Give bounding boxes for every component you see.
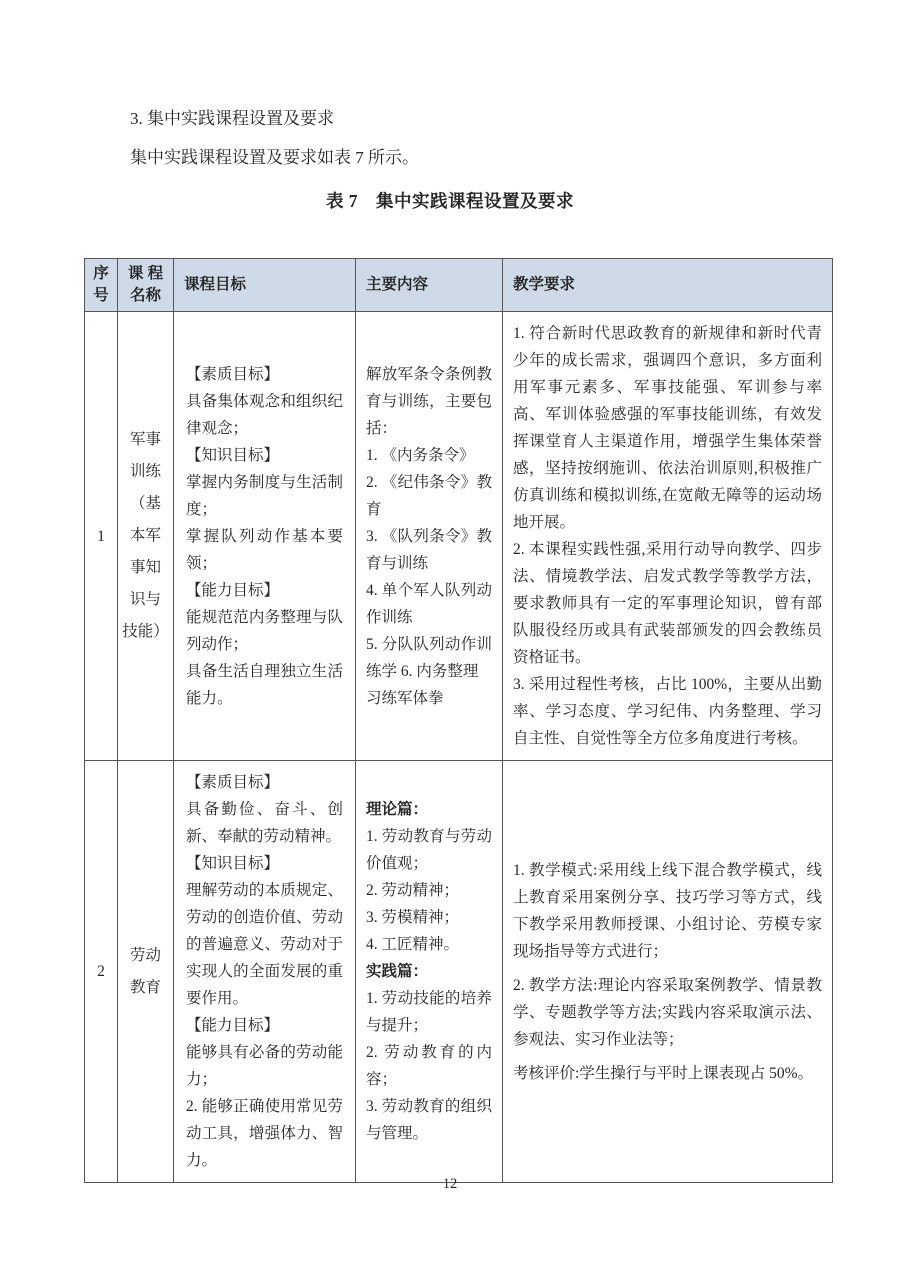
cell-paragraph: 实践篇： <box>366 958 492 985</box>
cell-paragraph: 2. 教学方法:理论内容采取案例教学、情景教学、专题教学等方法;实践内容采取演示… <box>513 972 822 1053</box>
cell-paragraph: 1. 劳动教育与劳动价值观； <box>366 823 492 877</box>
courses-table: 序 号课 程 名称课程目标主要内容教学要求 1军事 训练 （基 本军 事知 识与… <box>84 258 833 1183</box>
intro-text: 集中实践课程设置及要求如表 7 所示。 <box>130 146 419 170</box>
header-cell-no: 序 号 <box>85 259 118 312</box>
cell-paragraph: 【知识目标】 <box>186 850 343 877</box>
cell-paragraph: 具备生活自理独立生活能力。 <box>186 658 343 712</box>
cell-content: 解放军条令条例教育与训练，主要包括：1. 《内务条令》2. 《纪伟条令》教育3.… <box>356 312 503 761</box>
cell-paragraph: 1. 教学模式:采用线上线下混合教学模式，线上教育采用案例分享、技巧学习等方式，… <box>513 857 822 965</box>
cell-paragraph: 具备集体观念和组织纪律观念； <box>186 388 343 442</box>
cell-requirements: 1. 教学模式:采用线上线下混合教学模式，线上教育采用案例分享、技巧学习等方式，… <box>503 761 833 1183</box>
page-number: 12 <box>0 1176 900 1193</box>
cell-no: 1 <box>85 312 118 761</box>
cell-paragraph: 【素质目标】 <box>186 361 343 388</box>
cell-course-name: 劳动 教育 <box>118 761 174 1183</box>
cell-paragraph: 1. 《内务条令》 <box>366 442 492 469</box>
cell-paragraph: 具备勤俭、奋斗、创新、奉献的劳动精神。 <box>186 796 343 850</box>
cell-paragraph: 【知识目标】 <box>186 442 343 469</box>
table-header-row: 序 号课 程 名称课程目标主要内容教学要求 <box>85 259 833 312</box>
cell-paragraph: 2. 本课程实践性强,采用行动导向教学、四步法、情境教学法、启发式教学等教学方法… <box>513 536 822 671</box>
header-cell-course-name: 课 程 名称 <box>118 259 174 312</box>
cell-paragraph: 掌握队列动作基本要领； <box>186 523 343 577</box>
cell-paragraph: 理论篇： <box>366 796 492 823</box>
cell-paragraph: 2. 劳动教育的内容； <box>366 1039 492 1093</box>
cell-paragraph: 【素质目标】 <box>186 769 343 796</box>
cell-paragraph: 【能力目标】 <box>186 1012 343 1039</box>
cell-paragraph: 2. 《纪伟条令》教育 <box>366 469 492 523</box>
cell-paragraph: 3. 《队列条令》教育与训练 <box>366 523 492 577</box>
cell-course-name: 军事 训练 （基 本军 事知 识与 技能） <box>118 312 174 761</box>
cell-paragraph: 3. 劳模精神； <box>366 904 492 931</box>
header-cell-requirements: 教学要求 <box>503 259 833 312</box>
cell-paragraph: 能规范范内务整理与队列动作； <box>186 604 343 658</box>
cell-paragraph: 考核评价:学生操行与平时上课表现占 50%。 <box>513 1060 822 1087</box>
cell-paragraph: 3. 劳动教育的组织与管理。 <box>366 1093 492 1147</box>
cell-paragraph: 5. 分队队列动作训练学 6. 内务整理 <box>366 631 492 685</box>
cell-objectives: 【素质目标】具备勤俭、奋斗、创新、奉献的劳动精神。【知识目标】理解劳动的本质规定… <box>174 761 356 1183</box>
table-caption: 表 7 集中实践课程设置及要求 <box>0 188 900 213</box>
table-row: 1军事 训练 （基 本军 事知 识与 技能）【素质目标】具备集体观念和组织纪律观… <box>85 312 833 761</box>
cell-paragraph: 4. 工匠精神。 <box>366 931 492 958</box>
cell-paragraph: 3. 采用过程性考核，占比 100%，主要从出勤率、学习态度、学习纪伟、内务整理… <box>513 671 822 752</box>
cell-no: 2 <box>85 761 118 1183</box>
header-cell-objectives: 课程目标 <box>174 259 356 312</box>
header-cell-content: 主要内容 <box>356 259 503 312</box>
cell-paragraph: 理解劳动的本质规定、劳动的创造价值、劳动的普遍意义、劳动对于实现人的全面发展的重… <box>186 877 343 1012</box>
cell-paragraph: 解放军条令条例教育与训练，主要包括： <box>366 361 492 442</box>
cell-paragraph: 1. 劳动技能的培养与提升； <box>366 985 492 1039</box>
table-row: 2劳动 教育【素质目标】具备勤俭、奋斗、创新、奉献的劳动精神。【知识目标】理解劳… <box>85 761 833 1183</box>
cell-paragraph: 习练军体拳 <box>366 685 492 712</box>
cell-paragraph: 能够具有必备的劳动能力； <box>186 1039 343 1093</box>
section-heading: 3. 集中实践课程设置及要求 <box>130 107 334 131</box>
cell-paragraph: 【能力目标】 <box>186 577 343 604</box>
cell-requirements: 1. 符合新时代思政教育的新规律和新时代青少年的成长需求，强调四个意识，多方面利… <box>503 312 833 761</box>
cell-paragraph: 4. 单个军人队列动作训练 <box>366 577 492 631</box>
cell-objectives: 【素质目标】具备集体观念和组织纪律观念；【知识目标】掌握内务制度与生活制度；掌握… <box>174 312 356 761</box>
cell-paragraph: 2. 劳动精神； <box>366 877 492 904</box>
cell-paragraph: 2. 能够正确使用常见劳动工具，增强体力、智力。 <box>186 1093 343 1174</box>
cell-paragraph: 掌握内务制度与生活制度； <box>186 469 343 523</box>
cell-content: 理论篇：1. 劳动教育与劳动价值观；2. 劳动精神；3. 劳模精神；4. 工匠精… <box>356 761 503 1183</box>
cell-paragraph: 1. 符合新时代思政教育的新规律和新时代青少年的成长需求，强调四个意识，多方面利… <box>513 320 822 536</box>
